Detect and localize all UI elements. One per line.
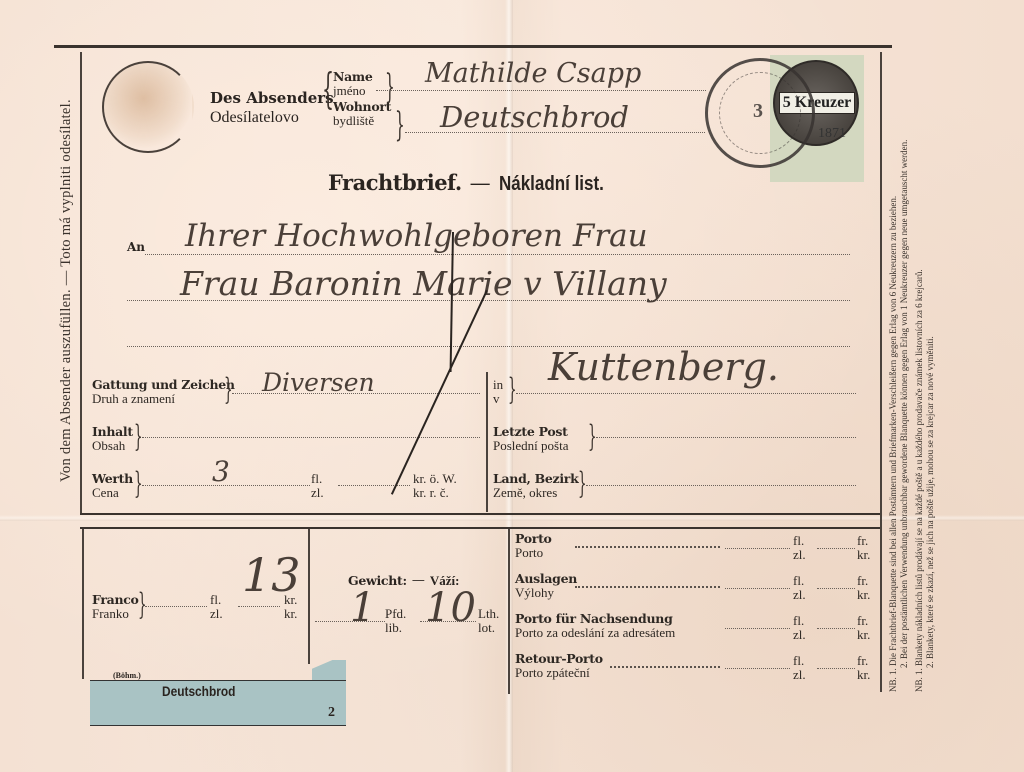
- brace-icon: }: [385, 70, 395, 104]
- name-label-cs: jméno: [333, 84, 391, 98]
- title-separator: —: [470, 171, 491, 195]
- value-amount-field[interactable]: 3: [212, 455, 230, 488]
- franco-unit1-cs: zl.: [210, 607, 223, 621]
- charge-unit1-cs: zl.: [793, 668, 806, 682]
- sender-residence-field[interactable]: Deutschbrod: [440, 100, 629, 134]
- weight-charges-divider: [508, 529, 510, 694]
- note-de-2: 2. Bei der postämtlichen Verwendung unbr…: [899, 42, 910, 692]
- top-border: [54, 45, 892, 48]
- value-unit1-cs: zl.: [311, 486, 324, 500]
- brace-icon: }: [224, 375, 233, 405]
- charge-kr-line[interactable]: [817, 668, 855, 669]
- destination-field[interactable]: Kuttenberg.: [548, 345, 779, 389]
- charge-unit2-cs: kr.: [857, 628, 870, 642]
- charge-label-de: Retour-Porto: [515, 652, 603, 666]
- district-label-de: Land, Bezirk: [493, 472, 578, 486]
- brace-icon: }: [578, 469, 587, 499]
- charge-label-cs: Výlohy: [515, 586, 577, 600]
- sender-name-line: [376, 90, 706, 91]
- charge-fl-line[interactable]: [725, 668, 790, 669]
- franco-unit2-cs: kr.: [284, 607, 297, 621]
- content-line[interactable]: [142, 437, 480, 438]
- charge-unit2-de: fr.: [857, 534, 870, 548]
- name-label-de: Name: [333, 70, 391, 84]
- charge-label-de: Porto für Nachsendung: [515, 612, 675, 626]
- charge-kr-line[interactable]: [817, 548, 855, 549]
- pound-unit-de: Pfd.: [385, 607, 406, 621]
- label-region: (Böhm.): [113, 671, 141, 680]
- last-post-label-de: Letzte Post: [493, 425, 568, 439]
- title-cs: Nákladní list.: [499, 173, 604, 196]
- side-instruction: Von dem Absender auszufüllen. — Toto má …: [58, 42, 75, 482]
- charge-label-cs: Porto zpáteční: [515, 666, 603, 680]
- charge-unit2-de: fr.: [857, 614, 870, 628]
- value-unit2-de: kr. ö. W.: [413, 472, 457, 486]
- franco-weight-divider: [308, 529, 310, 664]
- charge-unit2-cs: kr.: [857, 548, 870, 562]
- sender-label-de: Des Absenders: [210, 88, 334, 108]
- franco-label-cs: Franko: [92, 607, 139, 621]
- charge-fl-line[interactable]: [725, 548, 790, 549]
- value-unit1-de: fl.: [311, 472, 324, 486]
- label-slip: Deutschbrod 2: [90, 680, 346, 726]
- charge-unit2-de: fr.: [857, 654, 870, 668]
- last-post-label-cs: Poslední pošta: [493, 439, 568, 453]
- label-number: 2: [328, 705, 335, 721]
- pound-field[interactable]: 1: [350, 585, 375, 631]
- charge-unit1-cs: zl.: [793, 588, 806, 602]
- lower-section-top-border: [80, 527, 880, 529]
- stamp-year: 1871: [818, 126, 846, 142]
- charge-kr-line[interactable]: [817, 628, 855, 629]
- pound-unit-cs: lib.: [385, 621, 406, 635]
- leader-dots: [575, 546, 720, 548]
- district-line[interactable]: [586, 485, 856, 486]
- charges-table: Porto Porto fl.zl. fr.kr. Auslagen Výloh…: [515, 532, 880, 692]
- brace-icon: }: [395, 108, 405, 142]
- note-cs-1: NB. 1. Blankety nákladních listů prodáva…: [914, 42, 925, 692]
- charge-unit1-de: fl.: [793, 614, 806, 628]
- addressee-field-1[interactable]: Ihrer Hochwohlgeboren Frau: [185, 218, 648, 254]
- charge-label-cs: Porto: [515, 546, 552, 560]
- franco-fl-line[interactable]: [145, 606, 207, 607]
- kind-label-cs: Druh a znamení: [92, 392, 235, 406]
- value-label-cs: Cena: [92, 486, 133, 500]
- right-border: [880, 52, 882, 692]
- lot-unit-de: Lth.: [478, 607, 499, 621]
- destination-line: [516, 393, 856, 394]
- lower-left-border: [82, 529, 84, 679]
- charge-row: Auslagen Výlohy fl.zl. fr.kr.: [515, 572, 880, 612]
- value-label-de: Werth: [92, 472, 133, 486]
- charge-label-de: Auslagen: [515, 572, 577, 586]
- lot-unit-cs: lot.: [478, 621, 499, 635]
- note-cs-2: 2. Blankety, které se zkazí, než se jich…: [925, 42, 936, 692]
- last-post-line[interactable]: [596, 437, 856, 438]
- value-kr-line[interactable]: [338, 485, 410, 486]
- note-de-1: NB. 1. Die Frachtbrief-Blanquette sind b…: [888, 42, 899, 692]
- charge-fl-line[interactable]: [725, 588, 790, 589]
- addressee-field-2[interactable]: Frau Baronin Marie v Villany: [180, 264, 667, 303]
- brace-icon: }: [508, 375, 517, 405]
- weight-title-separator: —: [412, 573, 425, 589]
- charge-unit1-cs: zl.: [793, 628, 806, 642]
- content-label-de: Inhalt: [92, 425, 133, 439]
- addressee-line-1: [145, 254, 850, 255]
- residence-label-de: Wohnort: [333, 100, 391, 114]
- paper-fold-horizontal: [0, 515, 1024, 521]
- wax-seal-mark: [102, 61, 194, 153]
- charge-unit1-de: fl.: [793, 574, 806, 588]
- charge-fl-line[interactable]: [725, 628, 790, 629]
- charge-row: Porto Porto fl.zl. fr.kr.: [515, 532, 880, 572]
- franco-label-de: Franco: [92, 593, 139, 607]
- destination-label-cs: v: [493, 392, 503, 406]
- brace-icon: }: [138, 590, 147, 620]
- value-unit2-cs: kr. r. č.: [413, 486, 457, 500]
- district-label-cs: Země, okres: [493, 486, 578, 500]
- left-border: [80, 52, 82, 514]
- kind-label-de: Gattung und Zeichen: [92, 378, 235, 392]
- franco-unit2-de: kr.: [284, 593, 297, 607]
- charge-unit1-de: fl.: [793, 534, 806, 548]
- charge-unit2-de: fr.: [857, 574, 870, 588]
- residence-label-cs: bydliště: [333, 114, 391, 128]
- addressee-prefix: An: [127, 240, 145, 254]
- brace-icon: }: [134, 469, 143, 499]
- charge-label-cs: Porto za odeslání za adresátem: [515, 626, 675, 640]
- sender-label-cs: Odesílatelovo: [210, 108, 334, 128]
- destination-label-de: in: [493, 378, 503, 392]
- notes-block: NB. 1. Die Frachtbrief-Blanquette sind b…: [888, 42, 936, 692]
- charge-label-de: Porto: [515, 532, 552, 546]
- charge-unit2-cs: kr.: [857, 668, 870, 682]
- sender-name-field[interactable]: Mathilde Csapp: [425, 58, 641, 89]
- title-de: Frachtbrief.: [328, 170, 462, 195]
- charge-row: Retour-Porto Porto zpáteční fl.zl. fr.kr…: [515, 652, 880, 692]
- leader-dots: [610, 666, 720, 668]
- lot-field[interactable]: 10: [425, 585, 476, 631]
- franco-unit1-de: fl.: [210, 593, 223, 607]
- charge-row: Porto für Nachsendung Porto za odeslání …: [515, 612, 880, 652]
- label-office: Deutschbrod: [162, 683, 235, 699]
- franco-kr-line: [238, 606, 280, 607]
- charge-unit2-cs: kr.: [857, 588, 870, 602]
- goods-column-divider: [486, 372, 488, 512]
- kind-field[interactable]: Diversen: [262, 368, 375, 397]
- charge-kr-line[interactable]: [817, 588, 855, 589]
- content-label-cs: Obsah: [92, 439, 133, 453]
- charge-unit1-cs: zl.: [793, 548, 806, 562]
- upper-section-bottom-border: [80, 513, 880, 515]
- charge-unit1-de: fl.: [793, 654, 806, 668]
- postmark-day: 3: [753, 100, 763, 123]
- leader-dots: [575, 586, 720, 588]
